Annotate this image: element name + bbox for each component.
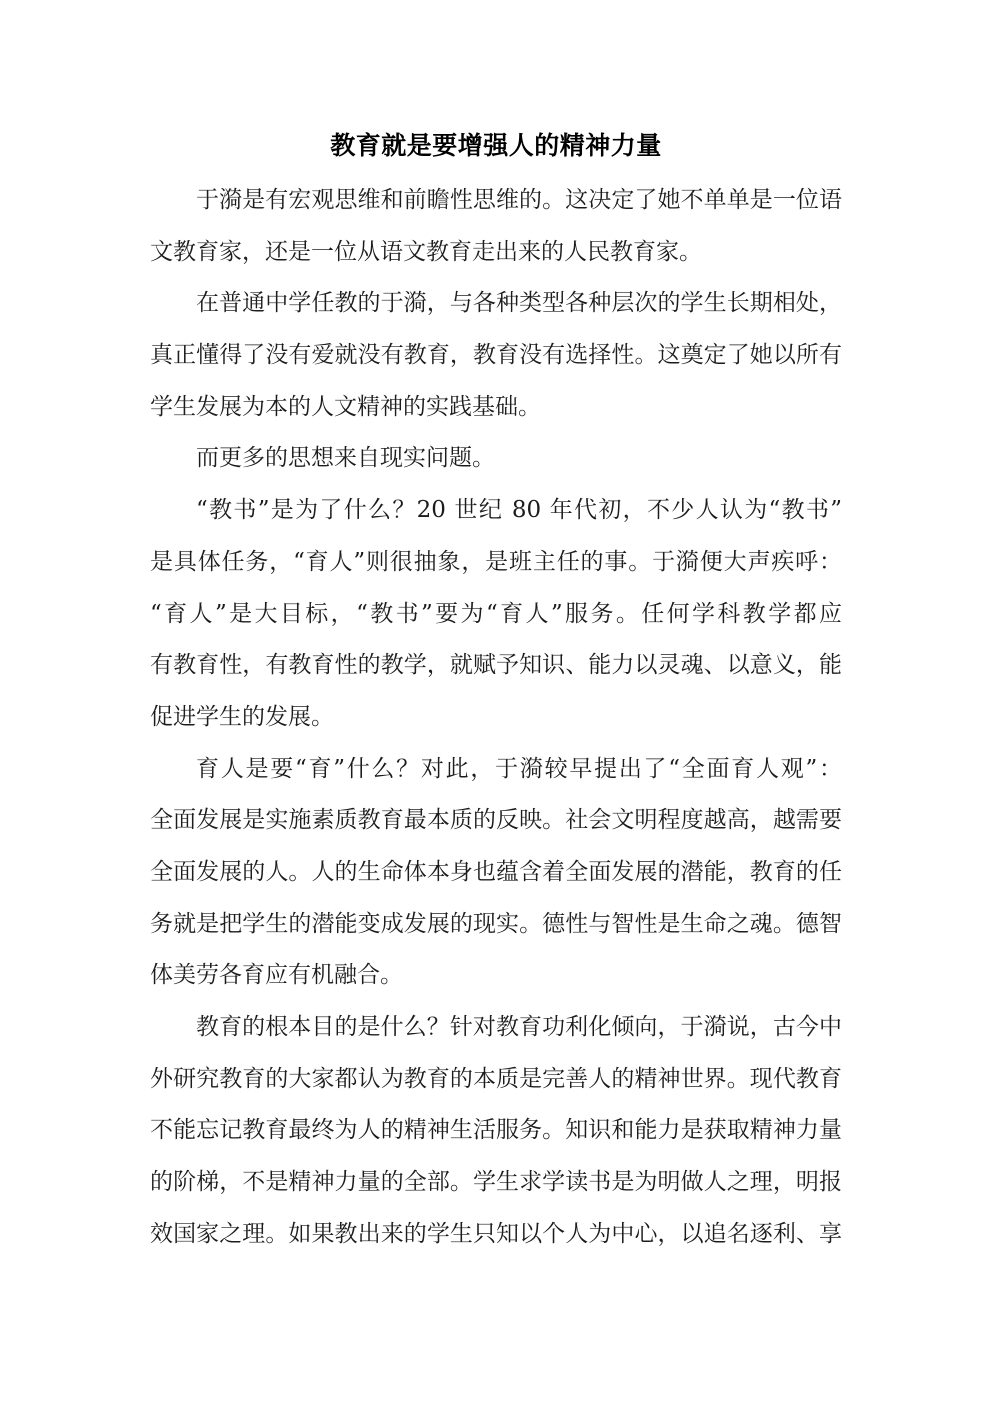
text-line: 于漪是有宏观思维和前瞻性思维的。这决定了她不单单是一位语 [150, 175, 842, 227]
text-line: 外研究教育的大家都认为教育的本质是完善人的精神世界。现代教育 [150, 1054, 842, 1106]
text-line: 是具体任务，“育人”则很抽象，是班主任的事。于漪便大声疾呼： [150, 537, 842, 589]
text-line: “育人”是大目标，“教书”要为“育人”服务。任何学科教学都应 [150, 589, 842, 641]
text-line: 务就是把学生的潜能变成发展的现实。德性与智性是生命之魂。德智 [150, 899, 842, 951]
paragraph: 育人是要“育”什么？对此，于漪较早提出了“全面育人观”： 全面发展是实施素质教育… [150, 744, 842, 1002]
text-line: 学生发展为本的人文精神的实践基础。 [150, 382, 842, 434]
document-body: 于漪是有宏观思维和前瞻性思维的。这决定了她不单单是一位语 文教育家，还是一位从语… [150, 175, 842, 1260]
text-line: 育人是要“育”什么？对此，于漪较早提出了“全面育人观”： [150, 744, 842, 796]
text-line: 文教育家，还是一位从语文教育走出来的人民教育家。 [150, 227, 842, 279]
text-line: “教书”是为了什么？20 世纪 80 年代初，不少人认为“教书” [150, 485, 842, 537]
text-line: 有教育性，有教育性的教学，就赋予知识、能力以灵魂、以意义，能 [150, 640, 842, 692]
document-page: 教育就是要增强人的精神力量 于漪是有宏观思维和前瞻性思维的。这决定了她不单单是一… [0, 0, 992, 1403]
paragraph: “教书”是为了什么？20 世纪 80 年代初，不少人认为“教书” 是具体任务，“… [150, 485, 842, 743]
text-line: 全面发展是实施素质教育最本质的反映。社会文明程度越高，越需要 [150, 795, 842, 847]
paragraph: 在普通中学任教的于漪，与各种类型各种层次的学生长期相处， 真正懂得了没有爱就没有… [150, 278, 842, 433]
text-line: 真正懂得了没有爱就没有教育，教育没有选择性。这奠定了她以所有 [150, 330, 842, 382]
text-line: 不能忘记教育最终为人的精神生活服务。知识和能力是获取精神力量 [150, 1105, 842, 1157]
paragraph: 而更多的思想来自现实问题。 [150, 433, 842, 485]
text-line: 促进学生的发展。 [150, 692, 842, 744]
text-line: 体美劳各育应有机融合。 [150, 950, 842, 1002]
paragraph: 教育的根本目的是什么？针对教育功利化倾向，于漪说，古今中 外研究教育的大家都认为… [150, 1002, 842, 1260]
text-line: 而更多的思想来自现实问题。 [150, 433, 842, 485]
paragraph: 于漪是有宏观思维和前瞻性思维的。这决定了她不单单是一位语 文教育家，还是一位从语… [150, 175, 842, 278]
document-title: 教育就是要增强人的精神力量 [150, 128, 842, 164]
text-line: 在普通中学任教的于漪，与各种类型各种层次的学生长期相处， [150, 278, 842, 330]
text-line: 效国家之理。如果教出来的学生只知以个人为中心，以追名逐利、享 [150, 1209, 842, 1261]
text-line: 全面发展的人。人的生命体本身也蕴含着全面发展的潜能，教育的任 [150, 847, 842, 899]
text-line: 的阶梯，不是精神力量的全部。学生求学读书是为明做人之理，明报 [150, 1157, 842, 1209]
text-line: 教育的根本目的是什么？针对教育功利化倾向，于漪说，古今中 [150, 1002, 842, 1054]
